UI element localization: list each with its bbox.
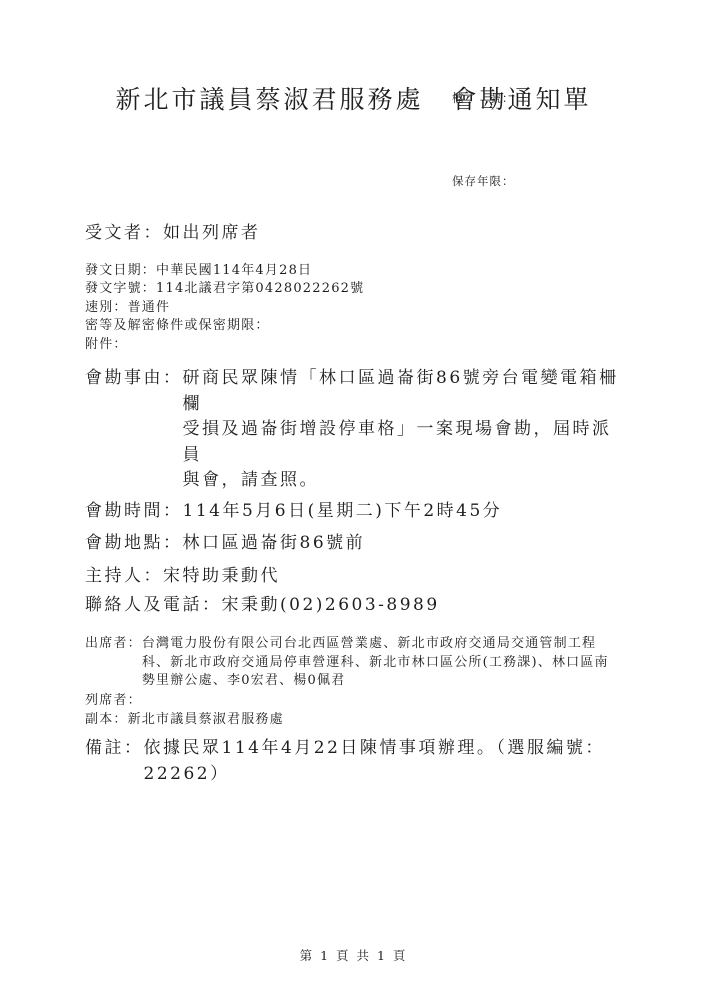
remarks-value: 依據民眾114年4月22日陳情事項辦理。（選服編號： 22262）: [144, 735, 631, 787]
notice-document: 檔 號： 保存年限： 新北市議員蔡淑君服務處 會勘通知單 受文者：如出列席者 發…: [0, 0, 707, 1000]
field-speed: 速別：普通件: [85, 299, 630, 318]
attendees-line: 台灣電力股份有限公司台北西區營業處、新北市政府交通局交通管制工程: [142, 635, 630, 654]
issue-date-value: 中華民國114年4月28日: [156, 263, 312, 278]
chair-value: 宋特助秉動代: [163, 566, 280, 586]
field-attendees: 出席者： 台灣電力股份有限公司台北西區營業處、新北市政府交通局交通管制工程 科、…: [85, 635, 630, 691]
archive-block: 檔 號： 保存年限：: [452, 30, 515, 251]
doc-number-label: 發文字號：: [85, 281, 156, 296]
copy-to-label: 副本：: [85, 712, 128, 727]
contact-label: 聯絡人及電話：: [85, 595, 222, 615]
subject-label: 會勘事由：: [85, 366, 183, 392]
remarks-line: 依據民眾114年4月22日陳情事項辦理。（選服編號：: [144, 735, 631, 761]
attachment-label: 附件：: [85, 337, 128, 352]
field-subject: 會勘事由： 研商民眾陳情「林口區過崙街86號旁台電變電箱柵欄 受損及過崙街增設停…: [85, 366, 630, 494]
field-contact: 聯絡人及電話：宋秉動(02)2603-8989: [85, 593, 630, 618]
subject-line: 受損及過崙街增設停車格」一案現場會勘，屆時派員: [183, 417, 631, 468]
chair-label: 主持人：: [85, 566, 163, 586]
meta-block: 發文日期：中華民國114年4月28日 發文字號：114北議君字第04280222…: [85, 262, 630, 355]
subject-line: 研商民眾陳情「林口區過崙街86號旁台電變電箱柵欄: [183, 366, 631, 417]
field-chair: 主持人：宋特助秉動代: [85, 564, 630, 589]
attendees-label: 出席者：: [85, 635, 142, 654]
field-location: 會勘地點：林口區過崙街86號前: [85, 531, 630, 556]
copy-to-value: 新北市議員蔡淑君服務處: [128, 712, 284, 727]
issue-date-label: 發文日期：: [85, 263, 156, 278]
page-title: 新北市議員蔡淑君服務處 會勘通知單: [0, 80, 707, 116]
attendees-line: 科、新北市政府交通局停車營運科、新北市林口區公所(工務課)、林口區南: [142, 654, 630, 673]
location-value: 林口區過崙街86號前: [183, 533, 366, 553]
time-value: 114年5月6日(星期二)下午2時45分: [183, 501, 503, 521]
field-recipient: 受文者：如出列席者: [85, 221, 630, 246]
field-time: 會勘時間：114年5月6日(星期二)下午2時45分: [85, 499, 630, 524]
field-copy-to: 副本：新北市議員蔡淑君服務處: [85, 711, 630, 730]
contact-value: 宋秉動(02)2603-8989: [222, 595, 440, 615]
field-issue-date: 發文日期：中華民國114年4月28日: [85, 262, 630, 281]
speed-value: 普通件: [128, 300, 171, 315]
attendees-value: 台灣電力股份有限公司台北西區營業處、新北市政府交通局交通管制工程 科、新北市政府…: [142, 635, 630, 691]
field-remarks: 備註： 依據民眾114年4月22日陳情事項辦理。（選服編號： 22262）: [85, 735, 630, 787]
observers-label: 列席者：: [85, 693, 142, 708]
page-footer: 第 1 頁 共 1 頁: [0, 946, 707, 964]
field-observers: 列席者：: [85, 692, 630, 711]
doc-number-value: 114北議君字第0428022262號: [156, 281, 364, 296]
location-label: 會勘地點：: [85, 533, 183, 553]
recipient-label: 受文者：: [85, 223, 163, 243]
remarks-line: 22262）: [144, 761, 631, 787]
retention-period-label: 保存年限：: [452, 168, 515, 196]
field-attachment: 附件：: [85, 336, 630, 355]
secrecy-label: 密等及解密條件或保密期限：: [85, 318, 270, 333]
speed-label: 速別：: [85, 300, 128, 315]
attendees-line: 勢里辦公處、李0宏君、楊0佩君: [142, 672, 630, 691]
field-doc-number: 發文字號：114北議君字第0428022262號: [85, 280, 630, 299]
field-secrecy: 密等及解密條件或保密期限：: [85, 317, 630, 336]
subject-value: 研商民眾陳情「林口區過崙街86號旁台電變電箱柵欄 受損及過崙街增設停車格」一案現…: [183, 366, 631, 494]
remarks-label: 備註：: [85, 735, 144, 761]
document-body: 受文者：如出列席者 發文日期：中華民國114年4月28日 發文字號：114北議君…: [85, 221, 630, 787]
time-label: 會勘時間：: [85, 501, 183, 521]
subject-line: 與會，請查照。: [183, 468, 631, 494]
recipient-value: 如出列席者: [163, 223, 261, 243]
